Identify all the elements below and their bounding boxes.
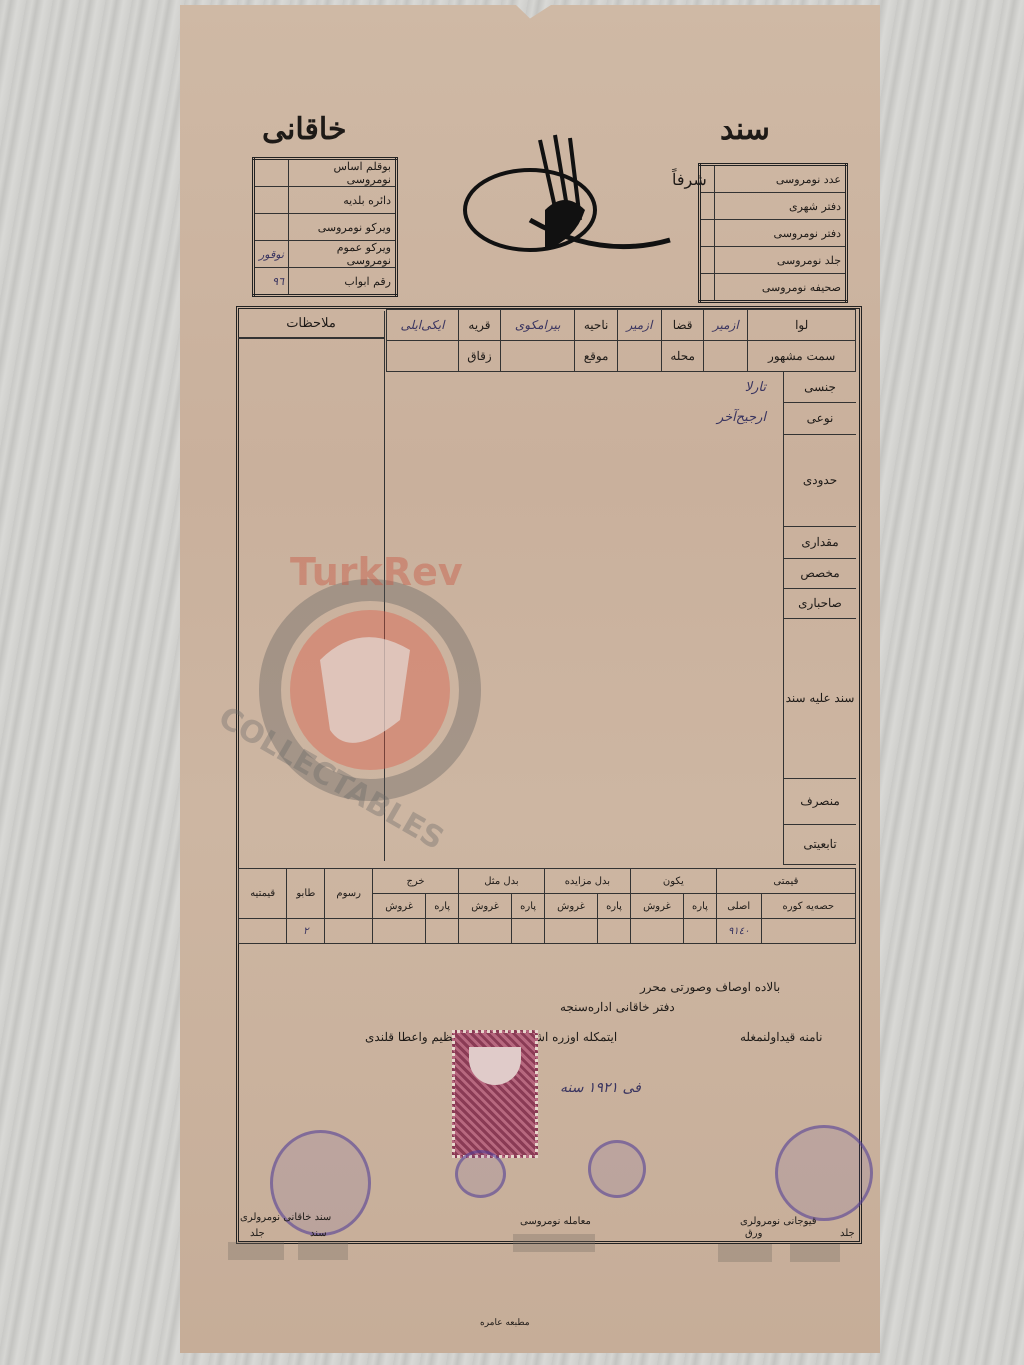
certification-line-2: نامنه قیداولنمغله [740, 1030, 823, 1044]
footer-right-label: قیوجانی نومرولری [740, 1216, 817, 1227]
footer-center-label: معامله نومروسی [520, 1216, 591, 1227]
revenue-stamp [452, 1030, 538, 1158]
certification-line-1: بالاده اوصاف وصورتی محرر [640, 980, 780, 994]
right-register-table: عدد نومروسی دفتر شهری دفتر نومروسی جلد ن… [698, 163, 848, 303]
title-right: سند [720, 112, 770, 147]
printer-mark: مطبعه عامره [480, 1318, 530, 1328]
title-left: خاقانی [262, 112, 347, 147]
footer-left-sub-1: سند [310, 1228, 327, 1239]
seal-right [775, 1125, 873, 1221]
seal-center [588, 1140, 646, 1198]
footer-right-sub-0: ورق [745, 1228, 762, 1239]
notes-header: ملاحظات [238, 311, 384, 339]
watermark-text-1: TurkRev [290, 550, 463, 594]
date-text: فی ١٩٢١ سنه [560, 1080, 641, 1096]
fee-table: قیمتیه طابو رسوم خرج بدل مثل بدل مزایده … [238, 868, 856, 944]
location-grid: ایکی‌ایلی قریه بیرامکوی ناحیه ازمیر قضا … [386, 309, 856, 369]
certification-line-1-end: دفتر خاقانی اداره‌سنجه [560, 1000, 675, 1014]
footer-left-sub-0: جلد [250, 1228, 265, 1239]
tughra-icon [460, 120, 680, 270]
property-rows: جنسی نوعی حدودی مقداری مخصص صاحباری سند … [384, 372, 856, 866]
footer-right-sub-1: جلد [840, 1228, 855, 1239]
left-register-table: بوقلم اساس نومروسی دائره بلدیه ویرکو نوم… [252, 157, 398, 297]
footer-left-label: سند خاقانی نومرولری [240, 1212, 331, 1223]
seal-under-stamp [455, 1150, 506, 1198]
